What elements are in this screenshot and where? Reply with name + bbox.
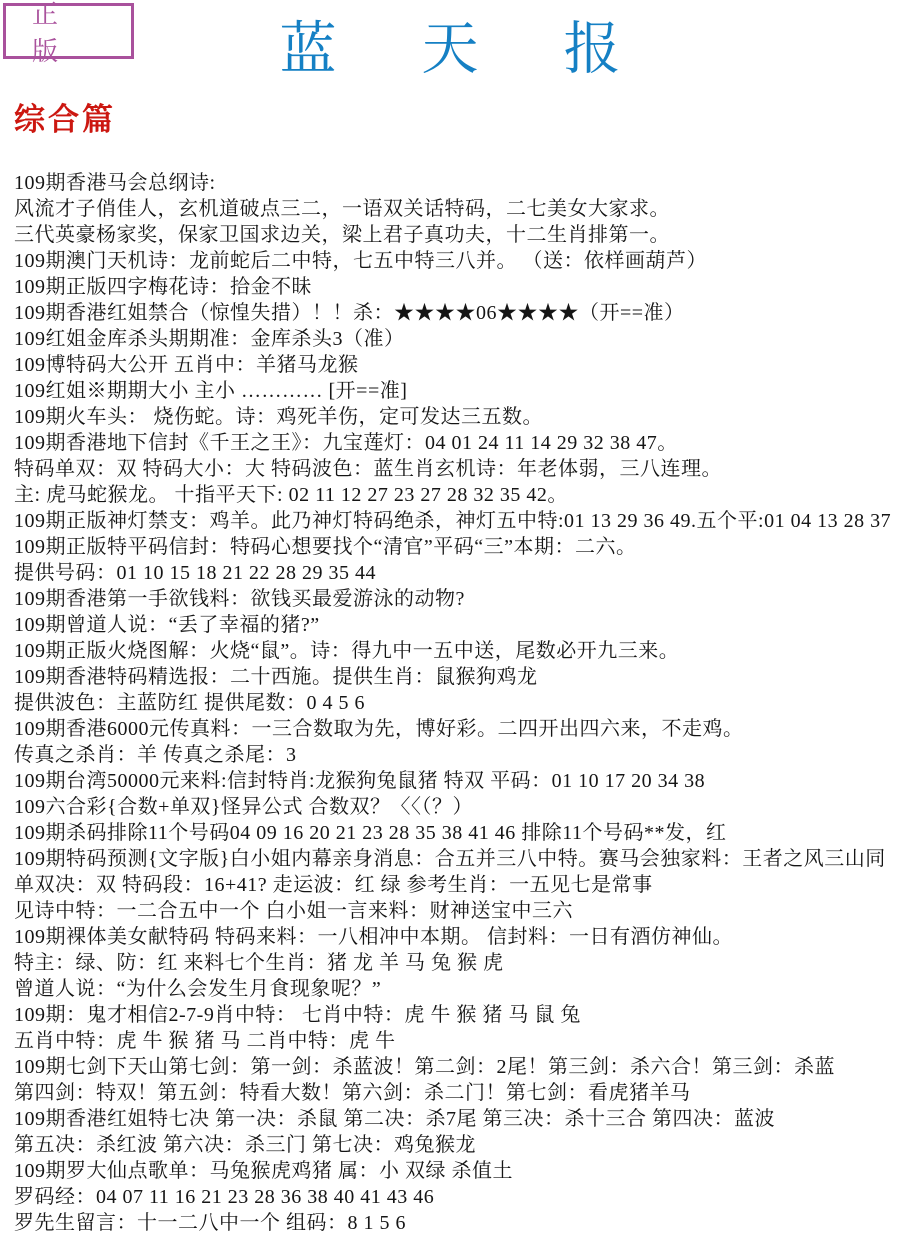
text-line-26: 109期杀码排除11个号码04 09 16 20 21 23 28 35 38 …: [14, 820, 896, 846]
text-line-15: 109期正版特平码信封：特码心想要找个“清官”平码“三”本期：二六。: [14, 534, 896, 560]
text-line-30: 109期裸体美女献特码 特码来料：一八相冲中本期。 信封料：一日有酒仿神仙。: [14, 924, 896, 950]
content-lines: 109期香港马会总纲诗: 风流才子俏佳人，玄机道破点三二，一语双关话特码，二七美…: [14, 170, 896, 1236]
text-line-9: 109红姐※期期大小 主小 ………… [开==准]: [14, 378, 896, 404]
text-line-36: 第四剑：特双！第五剑：特看大数！第六剑：杀二门！第七剑：看虎猪羊马: [14, 1080, 896, 1106]
text-line-2: 风流才子俏佳人，玄机道破点三二，一语双关话特码，二七美女大家求。: [14, 196, 896, 222]
text-line-35: 109期七剑下天山第七剑：第一剑：杀蓝波！第二剑：2尾！第三剑：杀六合！第三剑：…: [14, 1054, 896, 1080]
text-line-8: 109博特码大公开 五肖中：羊猪马龙猴: [14, 352, 896, 378]
text-line-31: 特主：绿、防：红 来料七个生肖：猪 龙 羊 马 兔 猴 虎: [14, 950, 896, 976]
text-line-41: 罗先生留言：十一二八中一个 组码：8 1 5 6: [14, 1210, 896, 1236]
text-line-28: 单双决：双 特码段：16+41? 走运波：红 绿 参考生肖：一五见七是常事: [14, 872, 896, 898]
text-line-16: 提供号码：01 10 15 18 21 22 28 29 35 44: [14, 560, 896, 586]
page-title: 蓝天报: [0, 10, 900, 90]
text-line-10: 109期火车头： 烧伤蛇。诗：鸡死羊伤，定可发达三五数。: [14, 404, 896, 430]
text-line-37: 109期香港红姐特七决 第一决：杀鼠 第二决：杀7尾 第三决：杀十三合 第四决：…: [14, 1106, 896, 1132]
text-line-3: 三代英豪杨家奖，保家卫国求边关，梁上君子真功夫，十二生肖排第一。: [14, 222, 896, 248]
text-line-24: 109期台湾50000元来料:信封特肖:龙猴狗兔鼠猪 特双 平码：01 10 1…: [14, 768, 896, 794]
text-line-12: 特码单双：双 特码大小：大 特码波色：蓝生肖玄机诗：年老体弱，三八连理。: [14, 456, 896, 482]
text-line-6: 109期香港红姐禁合（惊惶失措）！！杀：★★★★06★★★★（开==准）: [14, 300, 896, 326]
text-line-33: 109期：鬼才相信2-7-9肖中特： 七肖中特：虎 牛 猴 猪 马 鼠 兔: [14, 1002, 896, 1028]
text-line-25: 109六合彩{合数+单双}怪异公式 合数双？〈〈（？）: [14, 794, 896, 820]
text-line-34: 五肖中特：虎 牛 猴 猪 马 二肖中特：虎 牛: [14, 1028, 896, 1054]
text-line-1: 109期香港马会总纲诗:: [14, 170, 896, 196]
text-line-11: 109期香港地下信封《千王之王》：九宝莲灯：04 01 24 11 14 29 …: [14, 430, 896, 456]
text-line-21: 提供波色：主蓝防红 提供尾数：0 4 5 6: [14, 690, 896, 716]
text-line-23: 传真之杀肖：羊 传真之杀尾：3: [14, 742, 896, 768]
text-line-39: 109期罗大仙点歌单：马兔猴虎鸡猪 属：小 双绿 杀值土: [14, 1158, 896, 1184]
text-line-13: 主: 虎马蛇猴龙。 十指平天下: 02 11 12 27 23 27 28 32…: [14, 482, 896, 508]
text-line-27: 109期特码预测{文字版}白小姐内幕亲身消息：合五并三八中特。赛马会独家料：王者…: [14, 846, 896, 872]
section-heading: 综合篇: [14, 102, 900, 138]
text-line-29: 见诗中特：一二合五中一个 白小姐一言来料：财神送宝中三六: [14, 898, 896, 924]
text-line-4: 109期澳门天机诗：龙前蛇后二中特，七五中特三八并。 （送：依样画葫芦）: [14, 248, 896, 274]
authentic-badge: 正版: [3, 3, 134, 59]
text-line-5: 109期正版四字梅花诗：拾金不昧: [14, 274, 896, 300]
text-line-17: 109期香港第一手欲钱料：欲钱买最爱游泳的动物?: [14, 586, 896, 612]
text-line-19: 109期正版火烧图解：火烧“鼠”。诗：得九中一五中送，尾数必开九三来。: [14, 638, 896, 664]
text-line-38: 第五决：杀红波 第六决：杀三门 第七决：鸡兔猴龙: [14, 1132, 896, 1158]
text-line-22: 109期香港6000元传真料：一三合数取为先，博好彩。二四开出四六来，不走鸡。: [14, 716, 896, 742]
text-line-32: 曾道人说：“为什么会发生月食现象呢？”: [14, 976, 896, 1002]
text-line-14: 109期正版神灯禁支：鸡羊。此乃神灯特码绝杀，神灯五中特:01 13 29 36…: [14, 508, 896, 534]
text-line-20: 109期香港特码精选报：二十西施。提供生肖：鼠猴狗鸡龙: [14, 664, 896, 690]
text-line-40: 罗码经：04 07 11 16 21 23 28 36 38 40 41 43 …: [14, 1184, 896, 1210]
text-line-7: 109红姐金库杀头期期准：金库杀头3（准）: [14, 326, 896, 352]
text-line-18: 109期曾道人说：“丢了幸福的猪?”: [14, 612, 896, 638]
